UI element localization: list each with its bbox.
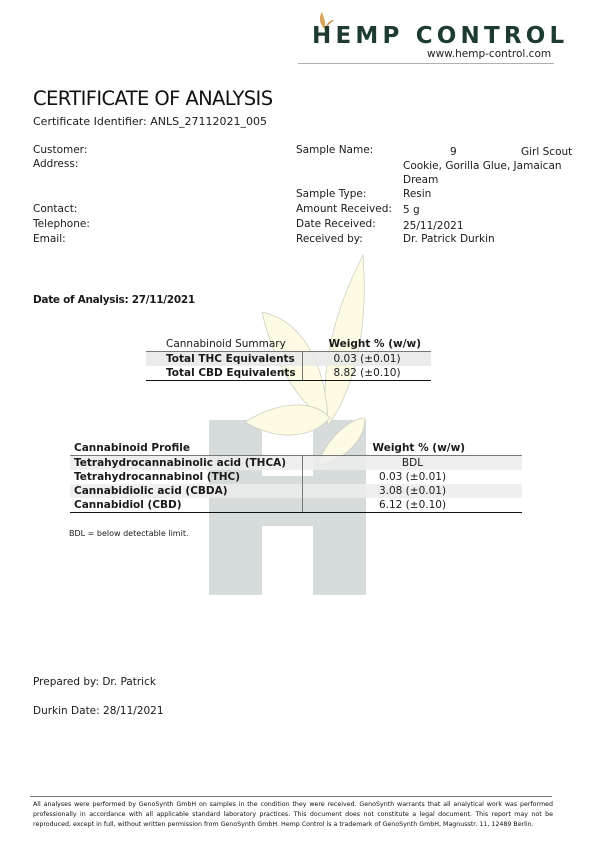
cannabinoid-summary-table: Cannabinoid Summary Weight % (w/w) Total… [146, 337, 431, 381]
date-received-value: 25/11/2021 [403, 219, 464, 233]
prepared-by: Prepared by: Dr. Patrick [33, 676, 156, 688]
bdl-footnote: BDL = below detectable limit. [69, 529, 189, 538]
watermark-logo [200, 250, 540, 600]
summary-header-name: Cannabinoid Summary [146, 337, 303, 352]
summary-row-value: 8.82 (±0.10) [303, 366, 432, 381]
sample-type-label: Sample Type: [296, 187, 366, 201]
profile-row-name: Cannabidiol (CBD) [70, 498, 303, 513]
sample-name-label: Sample Name: [296, 143, 373, 157]
sample-name-value-line2: Cookie, Gorilla Glue, Jamaican [403, 159, 562, 173]
received-by-value: Dr. Patrick Durkin [403, 232, 495, 246]
profile-row-value: 3.08 (±0.01) [303, 484, 523, 498]
sample-name-value-line3: Dream [403, 173, 438, 187]
page-title: CERTIFICATE OF ANALYSIS [33, 87, 273, 110]
signoff-date: Durkin Date: 28/11/2021 [33, 705, 164, 717]
profile-header-name: Cannabinoid Profile [70, 441, 303, 456]
telephone-label: Telephone: [33, 217, 90, 231]
summary-header-row: Cannabinoid Summary Weight % (w/w) [146, 337, 431, 352]
summary-row-name: Total THC Equivalents [146, 352, 303, 367]
date-of-analysis: Date of Analysis: 27/11/2021 [33, 294, 195, 306]
cannabinoid-profile-table: Cannabinoid Profile Weight % (w/w) Tetra… [70, 441, 522, 513]
profile-header-row: Cannabinoid Profile Weight % (w/w) [70, 441, 522, 456]
summary-header-weight: Weight % (w/w) [303, 337, 432, 352]
summary-row-name: Total CBD Equivalents [146, 366, 303, 381]
table-row: Total THC Equivalents 0.03 (±0.01) [146, 352, 431, 367]
profile-row-name: Tetrahydrocannabinol (THC) [70, 470, 303, 484]
profile-row-value: BDL [303, 456, 523, 471]
table-row: Cannabidiolic acid (CBDA) 3.08 (±0.01) [70, 484, 522, 498]
table-row: Tetrahydrocannabinolic acid (THCA) BDL [70, 456, 522, 471]
sample-name-value-part1: 9 [450, 145, 457, 159]
header-divider [298, 63, 554, 64]
profile-row-name: Cannabidiolic acid (CBDA) [70, 484, 303, 498]
sample-name-value-part2: Girl Scout [521, 145, 572, 159]
amount-received-value: 5 g [403, 203, 420, 217]
contact-label: Contact: [33, 202, 77, 216]
date-received-label: Date Received: [296, 217, 376, 231]
footer-disclaimer: All analyses were performed by GenoSynth… [33, 800, 553, 830]
customer-label: Customer: [33, 143, 87, 157]
profile-row-value: 6.12 (±0.10) [303, 498, 523, 513]
address-label: Address: [33, 157, 78, 171]
table-row: Total CBD Equivalents 8.82 (±0.10) [146, 366, 431, 381]
summary-row-value: 0.03 (±0.01) [303, 352, 432, 367]
received-by-label: Received by: [296, 232, 363, 246]
amount-received-label: Amount Received: [296, 202, 392, 216]
email-label: Email: [33, 232, 66, 246]
table-row: Tetrahydrocannabinol (THC) 0.03 (±0.01) [70, 470, 522, 484]
profile-row-value: 0.03 (±0.01) [303, 470, 523, 484]
profile-header-weight: Weight % (w/w) [303, 441, 523, 456]
website-link[interactable]: www.hemp-control.com [427, 48, 551, 60]
profile-row-name: Tetrahydrocannabinolic acid (THCA) [70, 456, 303, 471]
certificate-identifier: Certificate Identifier: ANLS_27112021_00… [33, 115, 267, 128]
sample-type-value: Resin [403, 187, 431, 201]
table-row: Cannabidiol (CBD) 6.12 (±0.10) [70, 498, 522, 513]
brand-logo: HEMP CONTROL [312, 24, 568, 48]
footer-divider [30, 796, 552, 797]
